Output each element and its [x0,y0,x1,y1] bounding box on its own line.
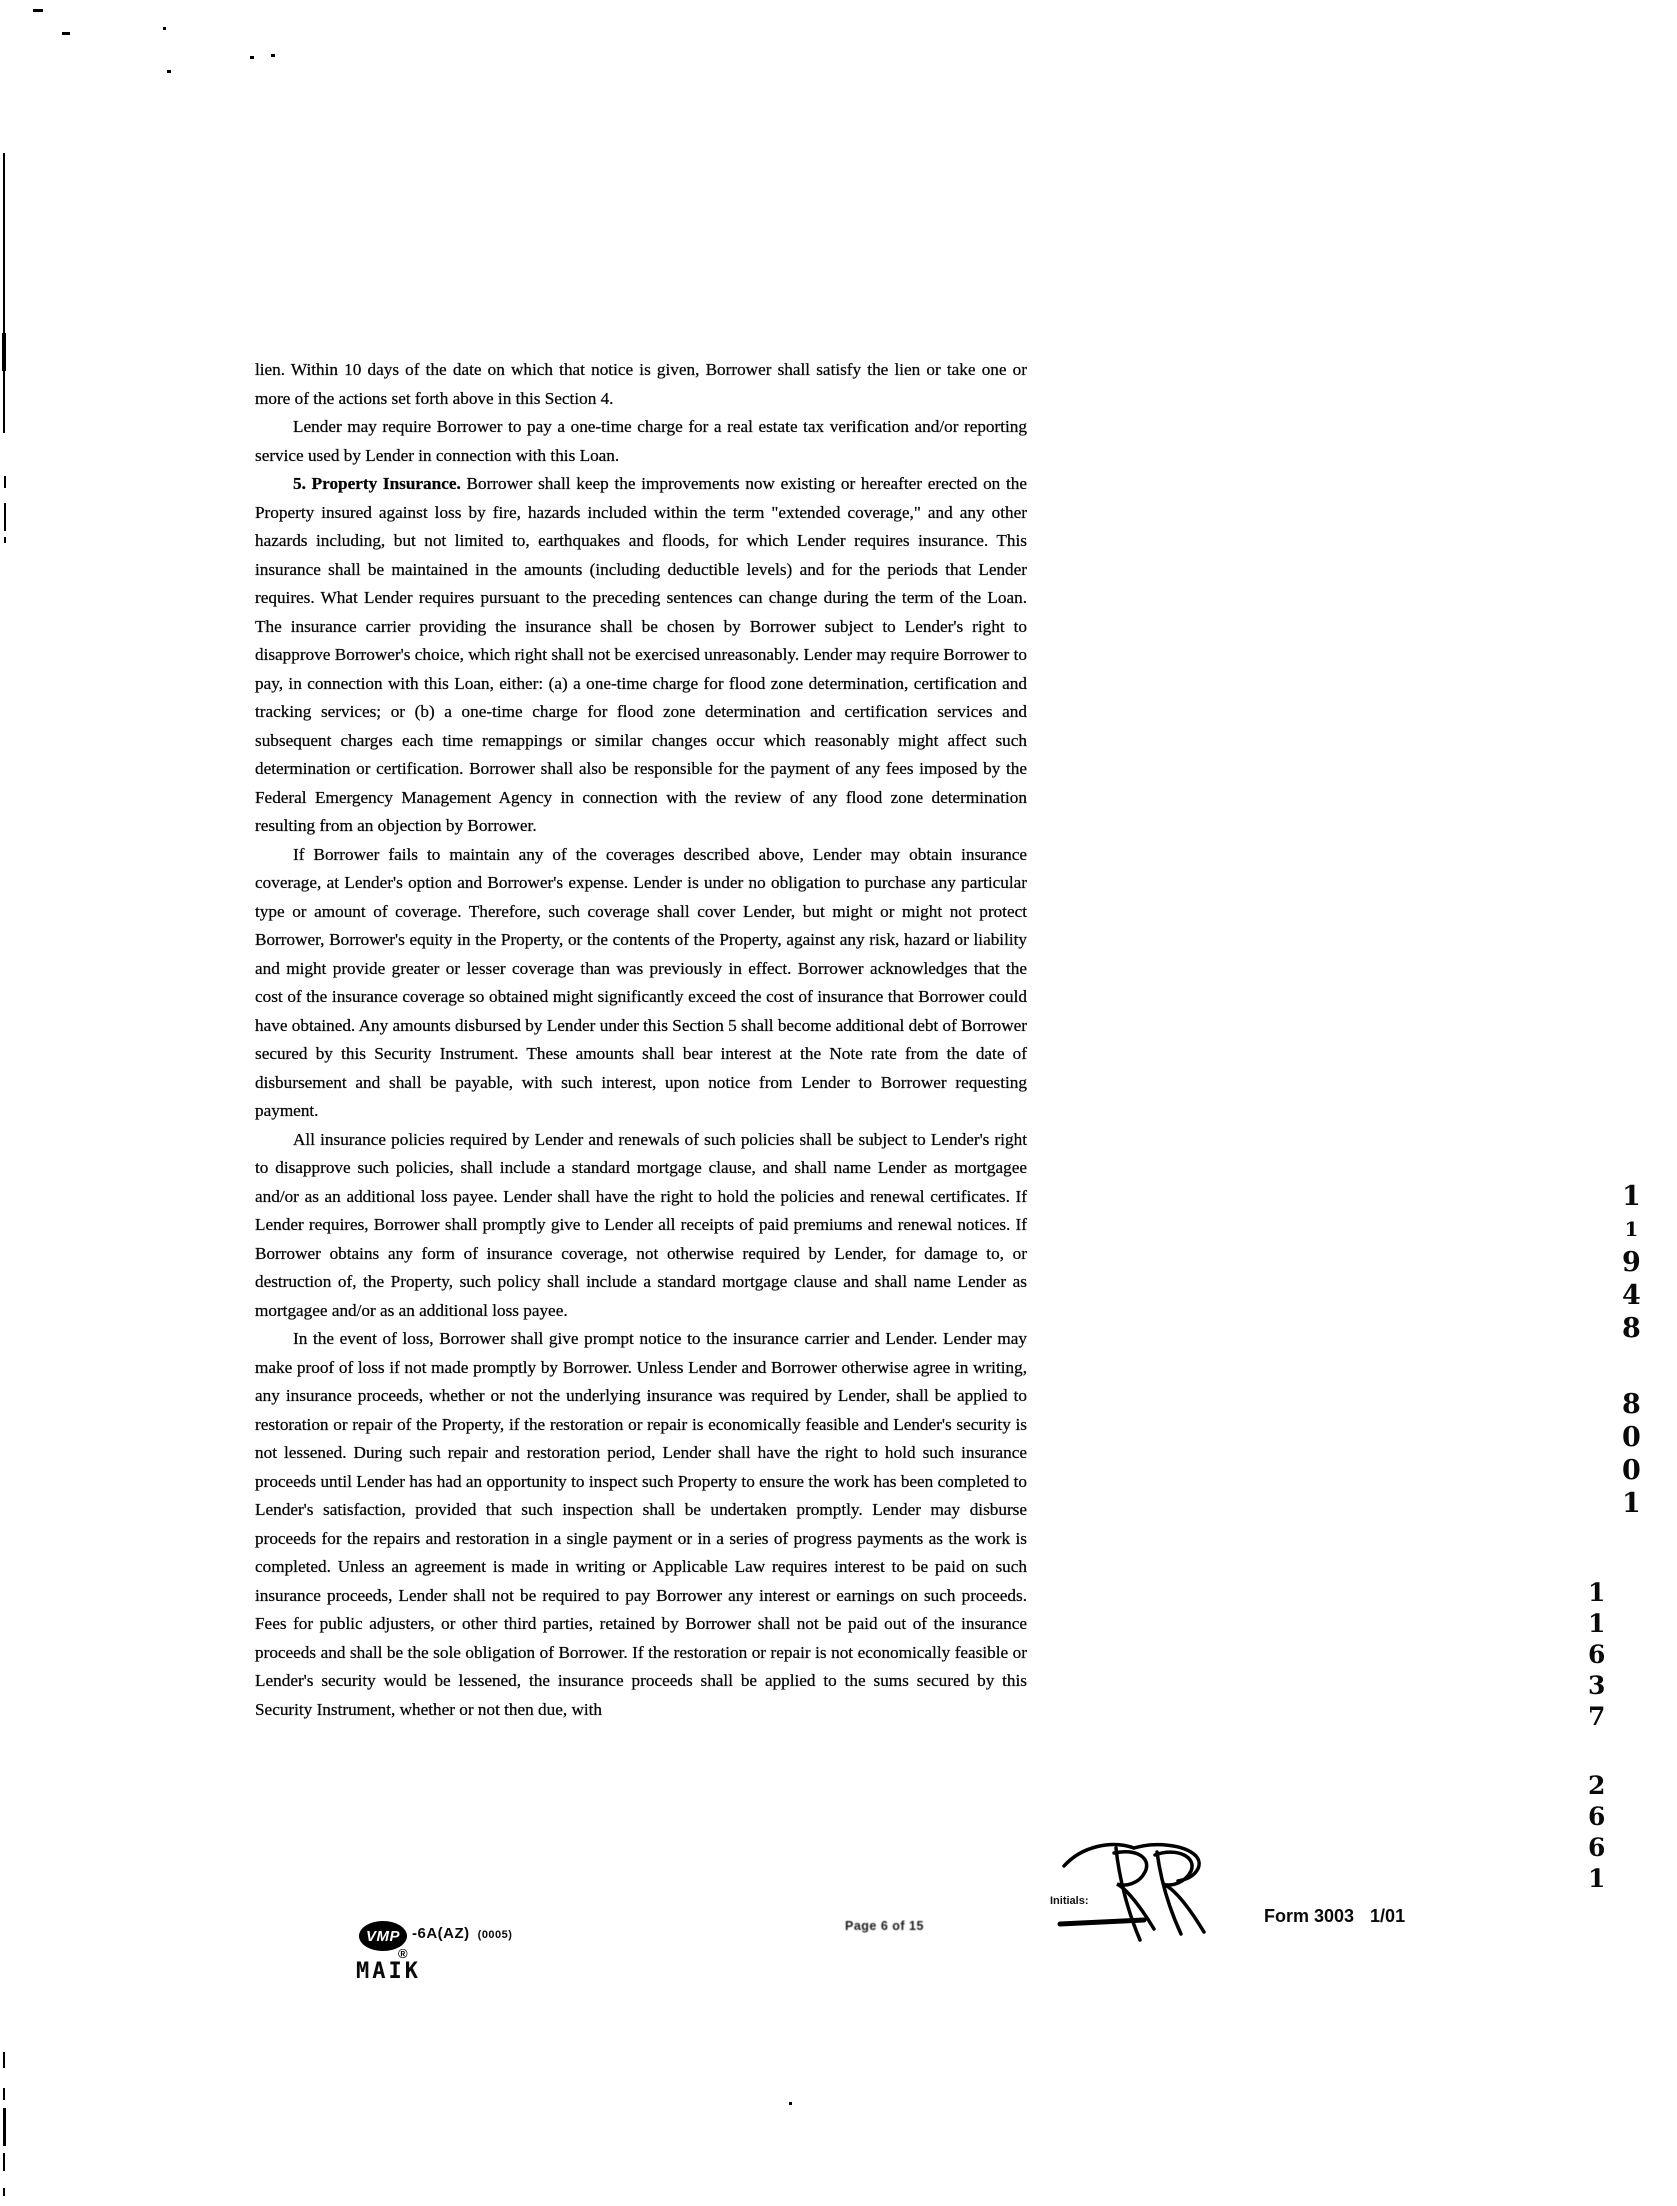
margin-digit: 1 [1622,1180,1641,1213]
page-indicator: Page 6 of 15 [845,1919,924,1933]
margin-digit: 6 [1588,1801,1605,1832]
margin-digit: 1 [1622,1487,1641,1520]
form-code-suffix: (0005) [478,1929,513,1941]
paragraph-failure-to-maintain: If Borrower fails to maintain any of the… [255,841,1027,1126]
handwritten-initials-rr [1056,1836,1216,1951]
margin-digit: 0 [1622,1421,1641,1454]
scan-edge-line [3,2153,5,2171]
scan-speckle [271,54,275,57]
paragraph-property-insurance: 5. Property Insurance. Borrower shall ke… [255,470,1027,841]
scan-edge-line [4,537,6,543]
scan-edge-line [3,2052,5,2068]
scan-edge-line [2,333,6,371]
margin-digit: 4 [1622,1279,1641,1312]
form-number-main: Form 3003 [1264,1906,1354,1926]
scan-edge-line [4,476,6,488]
margin-digit: 7 [1588,1701,1605,1732]
maik-stamp: MAIK [356,1959,421,1984]
margin-digit: 8 [1622,1312,1641,1345]
paragraph-event-of-loss: In the event of loss, Borrower shall giv… [255,1325,1027,1724]
margin-digit: 0 [1622,1454,1641,1487]
paragraph-lien-continuation: lien. Within 10 days of the date on whic… [255,356,1027,413]
scan-edge-line [3,2108,6,2146]
margin-digit: 6 [1588,1639,1605,1670]
margin-digit: 1 [1588,1608,1605,1639]
form-code-main: -6A(AZ) [412,1925,470,1942]
scan-speckle [167,70,171,73]
form-code: -6A(AZ)(0005) [412,1925,512,1942]
form-version: 1/01 [1370,1906,1405,1926]
scan-speckle [789,2102,792,2105]
scan-edge-line [3,153,5,433]
margin-number-stack-2: 1 1 6 3 7 2 6 6 1 [1588,1577,1605,1894]
scan-edge-line [3,2188,5,2196]
scan-speckle [163,27,166,30]
scan-edge-line [4,503,6,531]
margin-digit: 1 [1588,1863,1605,1894]
document-body: lien. Within 10 days of the date on whic… [255,356,1027,1724]
section-5-body: Borrower shall keep the improvements now… [255,474,1027,835]
margin-digit: 8 [1622,1388,1641,1421]
margin-digit: 6 [1588,1832,1605,1863]
scan-speckle [62,32,70,35]
section-5-heading: 5. Property Insurance. [293,474,461,493]
margin-digit: 1 [1588,1577,1605,1608]
vmp-logo-text: VMP [366,1928,400,1945]
margin-digit: 2 [1588,1770,1605,1801]
scan-speckle [250,56,254,59]
paragraph-tax-verification: Lender may require Borrower to pay a one… [255,413,1027,470]
margin-digit: 3 [1588,1670,1605,1701]
margin-number-stack-1: 1 1 9 4 8 8 0 0 1 [1622,1180,1641,1520]
paragraph-insurance-policies: All insurance policies required by Lende… [255,1126,1027,1326]
margin-digit: 1 [1624,1213,1638,1246]
margin-digit: 9 [1622,1246,1641,1279]
scan-edge-line [3,2088,5,2100]
form-number: Form 30031/01 [1264,1906,1405,1927]
scan-speckle [33,9,43,12]
scanned-document-page: lien. Within 10 days of the date on whic… [0,0,1677,2206]
